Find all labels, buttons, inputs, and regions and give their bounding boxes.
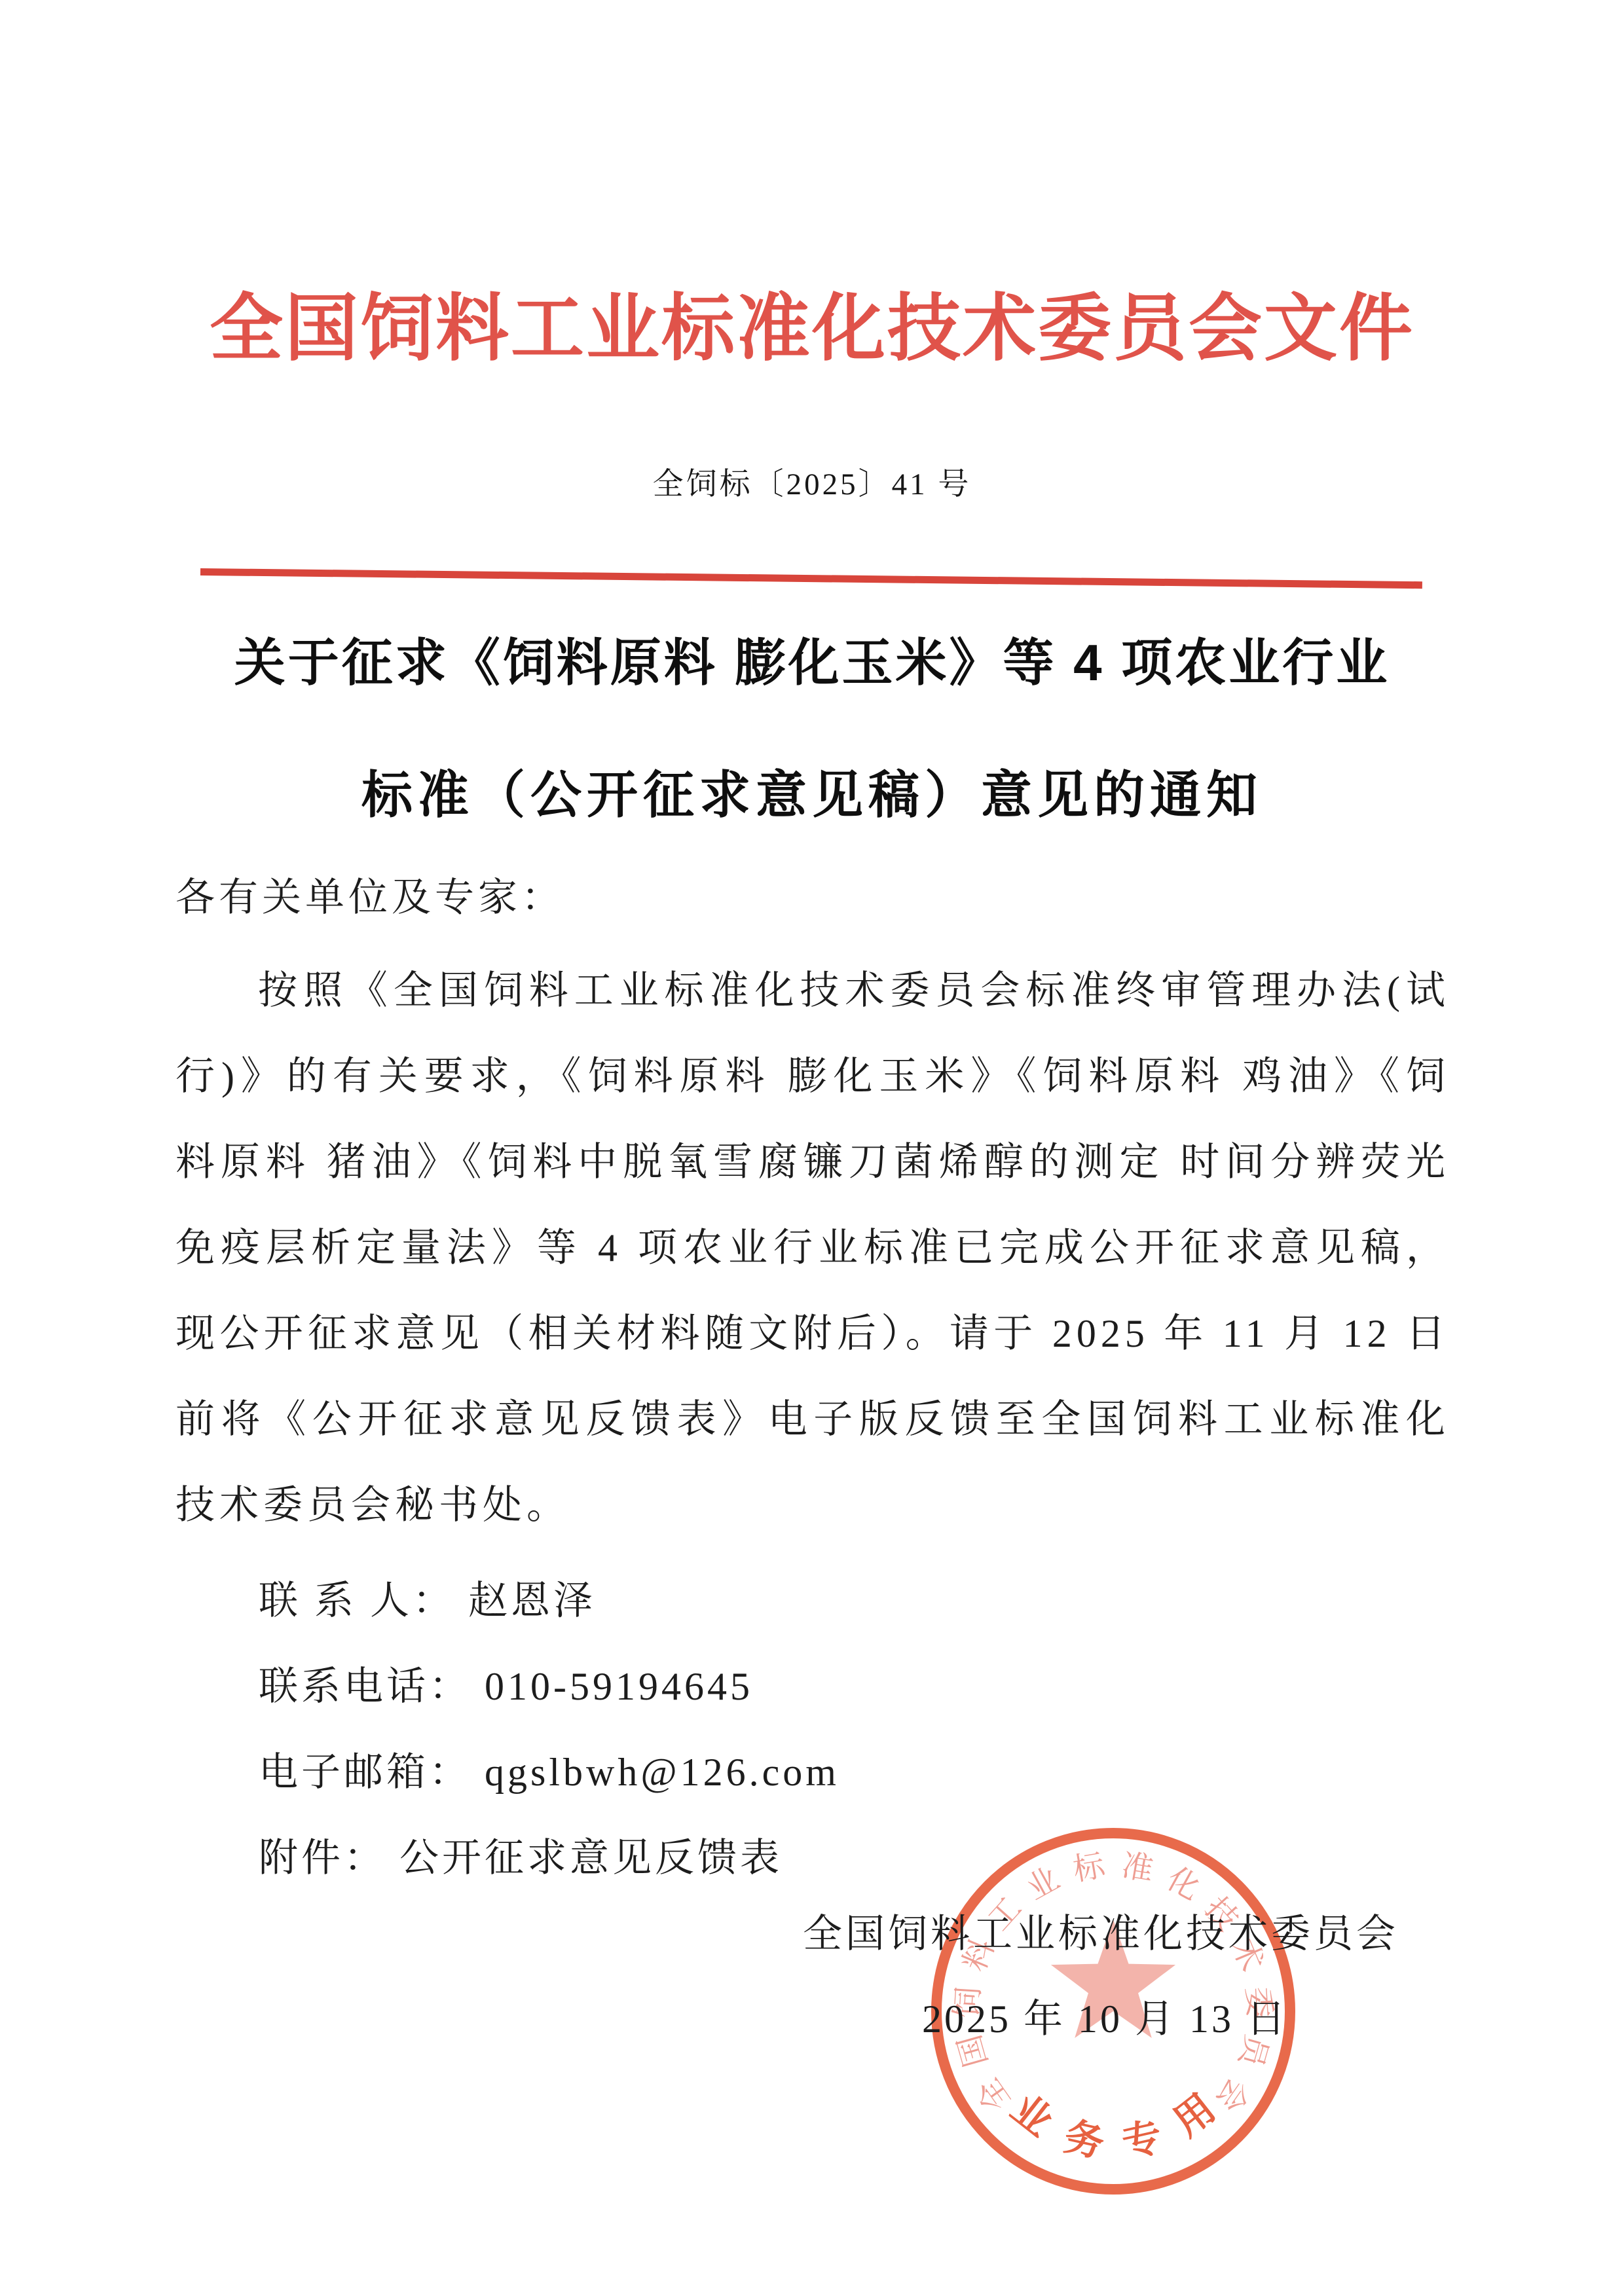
paragraph-line: 按照《全国饲料工业标准化技术委员会标准终审管理办法(试 — [175, 969, 1450, 1012]
paragraph-line: 料原料 猪油》《饲料中脱氧雪腐镰刀菌烯醇的测定 时间分辨荧光 — [175, 1140, 1450, 1184]
red-divider-line — [200, 568, 1422, 589]
paragraph-line: 现公开征求意见（相关材料随文附后）。请于 2025 年 11 月 12 日 — [175, 1312, 1450, 1355]
paragraph-line: 免疫层析定量法》等 4 项农业行业标准已完成公开征求意见稿， — [175, 1226, 1450, 1269]
signature-org: 全国饲料工业标准化技术委员会 — [803, 1903, 1399, 1959]
paragraph-line: 行)》的有关要求，《饲料原料 膨化玉米》《饲料原料 鸡油》《饲 — [175, 1055, 1450, 1098]
contact-person-line: 联 系 人： 赵恩泽 — [259, 1569, 1503, 1626]
svg-text:务: 务 — [1060, 2115, 1108, 2166]
contact-phone-line: 联系电话： 010-59194645 — [259, 1655, 1503, 1711]
svg-text:会: 会 — [1209, 2071, 1255, 2117]
doc-number: 全饲标〔2025〕41 号 — [0, 460, 1624, 503]
signature-date: 2025 年 10 月 13 日 — [922, 1988, 1288, 2044]
doc-title-line-1: 关于征求《饲料原料 膨化玉米》等 4 项农业行业 — [0, 622, 1624, 695]
svg-text:专: 专 — [1118, 2115, 1166, 2166]
contact-email-line: 电子邮箱： qgslbwh@126.com — [259, 1741, 1503, 1797]
doc-title-line-2: 标准（公开征求意见稿）意见的通知 — [0, 754, 1624, 828]
paragraph-line: 前将《公开征求意见反馈表》电子版反馈至全国饲料工业标准化 — [175, 1398, 1450, 1441]
paragraph-line: 技术委员会秘书处。 — [175, 1484, 1450, 1527]
official-document-page: { "header": { "org_title": "全国饲料工业标准化技术委… — [0, 0, 1624, 2296]
salutation: 各有关单位及专家： — [175, 876, 1450, 919]
attachment-line: 附件： 公开征求意见反馈表 — [259, 1827, 1503, 1883]
letterhead-org-title: 全国饲料工业标准化技术委员会文件 — [0, 270, 1624, 375]
